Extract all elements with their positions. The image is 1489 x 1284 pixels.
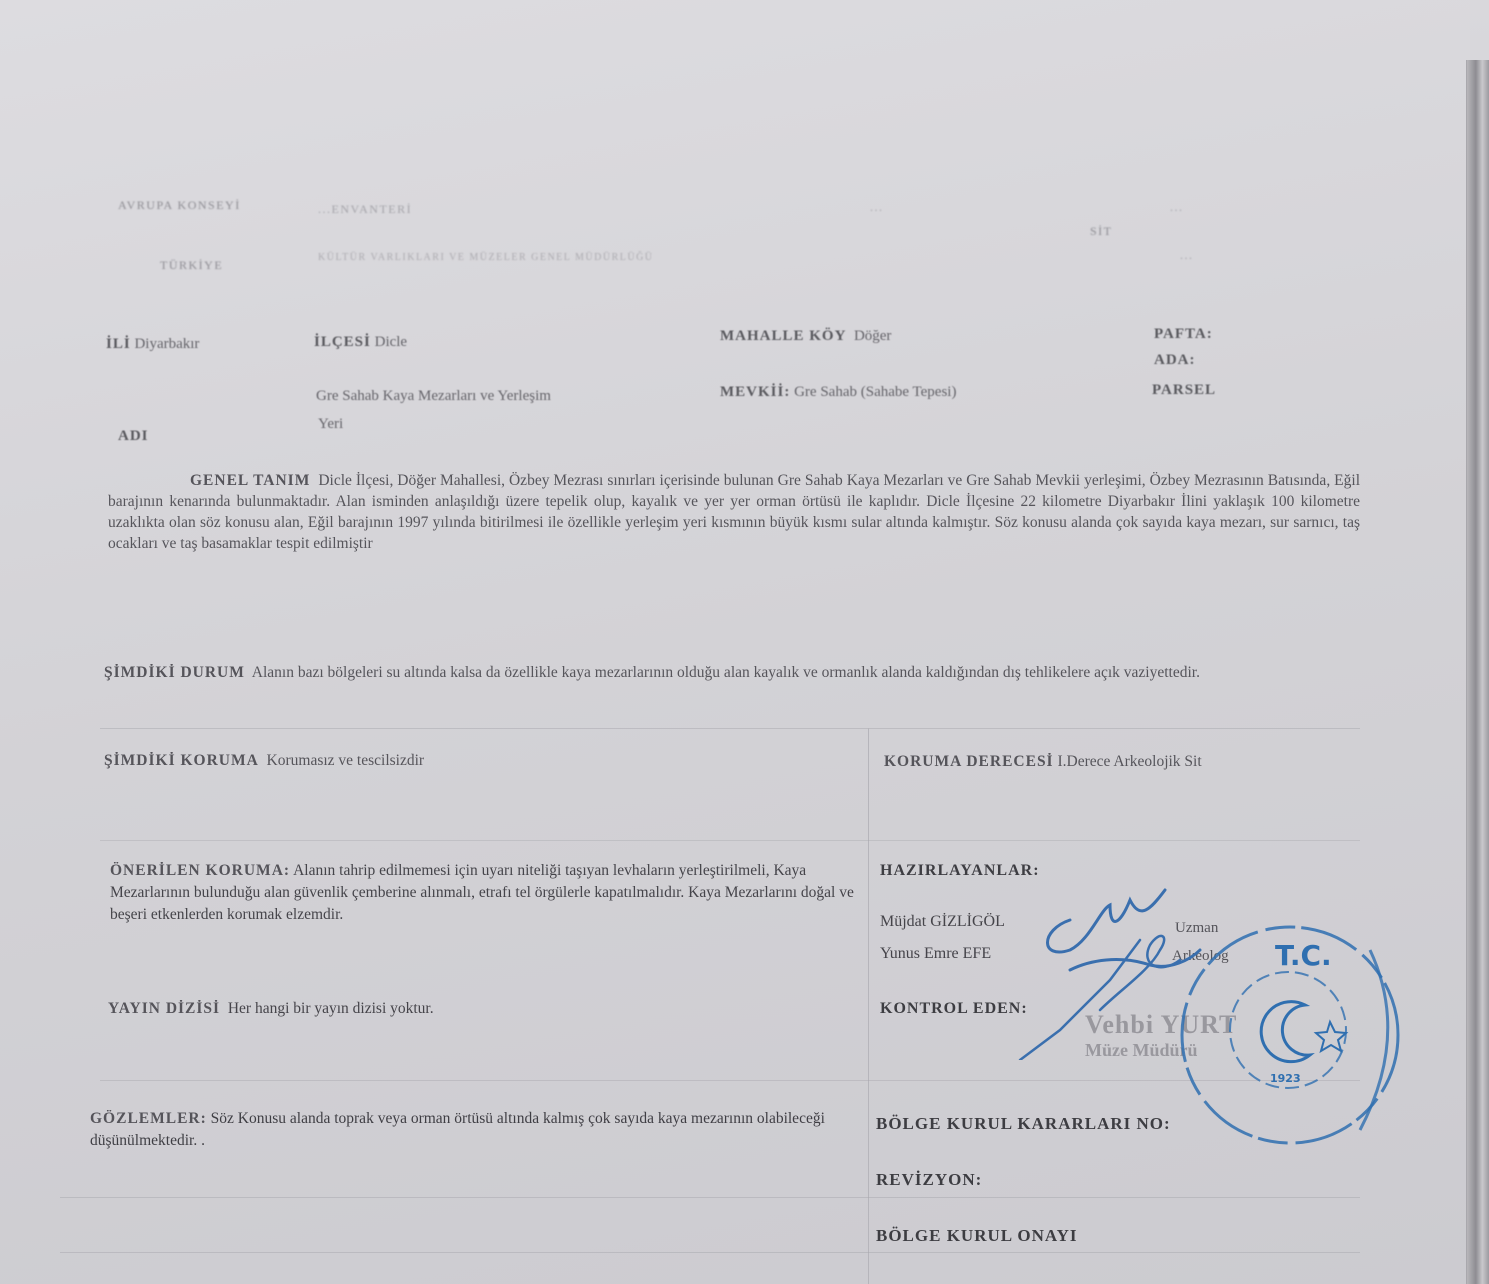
revizyon-label: REVİZYON: bbox=[876, 1170, 982, 1190]
page-edge bbox=[1466, 60, 1489, 1284]
header-council: AVRUPA KONSEYİ bbox=[118, 198, 241, 213]
official-stamp-icon: T.C. 1923 bbox=[1170, 910, 1410, 1160]
hazirlayanlar-label: HAZIRLAYANLAR: bbox=[880, 862, 1040, 880]
stamp-year: 1923 bbox=[1270, 1072, 1301, 1085]
column-divider bbox=[868, 728, 869, 1284]
header-right-top: ... bbox=[1170, 200, 1184, 215]
simdiki-koruma-text: Korumasız ve tescilsizdir bbox=[267, 752, 425, 769]
koruma-derecesi-text: I.Derece Arkeolojik Sit bbox=[1057, 753, 1201, 770]
genel-tanim-label: GENEL TANIM bbox=[190, 472, 310, 489]
divider bbox=[100, 840, 1360, 841]
ilce-field: İLÇESİ Dicle bbox=[314, 334, 407, 351]
koruma-derecesi-section: KORUMA DERECESİ I.Derece Arkeolojik Sit bbox=[884, 748, 1334, 776]
simdiki-durum-section: ŞİMDİKİ DURUM Alanın bazı bölgeleri su a… bbox=[104, 662, 1319, 683]
simdiki-durum-text: Alanın bazı bölgeleri su altında kalsa d… bbox=[252, 664, 1200, 681]
gozlemler-label: GÖZLEMLER: bbox=[90, 1110, 207, 1127]
pafta-label: PAFTA: bbox=[1154, 326, 1213, 343]
genel-tanim-section: GENEL TANIM Dicle İlçesi, Döğer Mahalles… bbox=[108, 470, 1360, 554]
yayin-dizisi-section: YAYIN DİZİSİ Her hangi bir yayın dizisi … bbox=[108, 998, 848, 1019]
adi-value-line1: Gre Sahab Kaya Mezarları ve Yerleşim bbox=[316, 388, 551, 405]
mevkii-value: Gre Sahab (Sahabe Tepesi) bbox=[794, 384, 956, 400]
header-right-bottom: ... bbox=[1180, 248, 1194, 263]
mahalle-field: MAHALLE KÖY Döğer bbox=[720, 328, 891, 345]
bolge-kurul-kararlari-label: BÖLGE KURUL KARARLARI NO: bbox=[876, 1114, 1171, 1134]
divider bbox=[60, 1252, 1360, 1253]
il-value: Diyarbakır bbox=[134, 336, 199, 352]
document-page: AVRUPA KONSEYİ ...ENVANTERİ ... ... SİT … bbox=[0, 0, 1470, 1284]
header-directorate: KÜLTÜR VARLIKLARI VE MÜZELER GENEL MÜDÜR… bbox=[318, 252, 654, 263]
mahalle-value: Döğer bbox=[854, 328, 892, 344]
il-field: İLİ Diyarbakır bbox=[106, 336, 199, 353]
simdiki-durum-label: ŞİMDİKİ DURUM bbox=[104, 664, 245, 681]
stamp-tc: T.C. bbox=[1275, 939, 1332, 972]
preparer-name: Yunus Emre EFE bbox=[880, 945, 991, 963]
header-country: TÜRKİYE bbox=[160, 258, 223, 273]
gozlemler-section: GÖZLEMLER: Söz Konusu alanda toprak veya… bbox=[90, 1108, 860, 1152]
onerilen-koruma-label: ÖNERİLEN KORUMA: bbox=[110, 862, 290, 879]
mahalle-label: MAHALLE KÖY bbox=[720, 328, 846, 344]
divider bbox=[60, 1197, 1360, 1198]
parsel-label: PARSEL bbox=[1152, 382, 1216, 399]
divider bbox=[100, 728, 1360, 729]
header-sit: SİT bbox=[1090, 224, 1113, 239]
mevkii-label: MEVKİİ: bbox=[720, 384, 790, 400]
simdiki-koruma-section: ŞİMDİKİ KORUMA Korumasız ve tescilsizdir bbox=[104, 750, 844, 771]
bolge-kurul-onayi-label: BÖLGE KURUL ONAYI bbox=[876, 1226, 1078, 1246]
yayin-dizisi-label: YAYIN DİZİSİ bbox=[108, 1000, 220, 1017]
koruma-derecesi-label: KORUMA DERECESİ bbox=[884, 753, 1054, 770]
preparer-name: Müjdat GİZLİGÖL bbox=[880, 913, 1005, 931]
simdiki-koruma-label: ŞİMDİKİ KORUMA bbox=[104, 752, 259, 769]
mevkii-field: MEVKİİ: Gre Sahab (Sahabe Tepesi) bbox=[720, 384, 956, 401]
adi-label: ADI bbox=[118, 428, 149, 445]
ilce-label: İLÇESİ bbox=[314, 334, 371, 350]
header-mid: ... bbox=[870, 200, 884, 215]
adi-value-line2: Yeri bbox=[318, 416, 343, 433]
onerilen-koruma-section: ÖNERİLEN KORUMA: Alanın tahrip edilmemes… bbox=[110, 860, 855, 926]
yayin-dizisi-text: Her hangi bir yayın dizisi yoktur. bbox=[228, 1000, 434, 1017]
ada-label: ADA: bbox=[1154, 352, 1196, 369]
header-inventory: ...ENVANTERİ bbox=[318, 202, 412, 217]
il-label: İLİ bbox=[106, 336, 131, 352]
ilce-value: Dicle bbox=[375, 334, 407, 350]
